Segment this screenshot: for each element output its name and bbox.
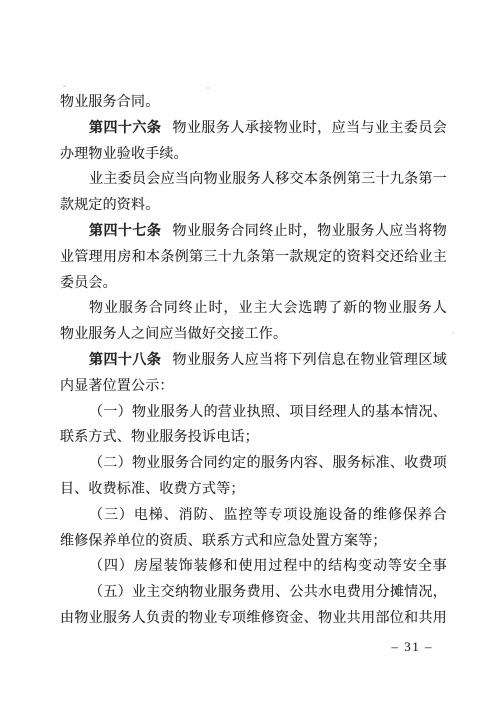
- text-line: （三）电梯、消防、监控等专项设施设备的维修保养合同、: [60, 503, 447, 529]
- line-text: 业管理用房和本条例第三十九条第一款规定的资料交还给业主: [60, 250, 447, 265]
- text-line: （一）物业服务人的营业执照、项目经理人的基本情况、: [60, 400, 447, 426]
- line-text: 由物业服务人负责的物业专项维修资金、物业共用部位和共用: [60, 611, 447, 626]
- line-text: 维修保养单位的资质、联系方式和应急处置方案等；: [60, 534, 387, 549]
- line-text: （三）电梯、消防、监控等专项设施设备的维修保养合同、: [89, 508, 447, 529]
- article-number: 第四十八条: [89, 353, 161, 368]
- text-line: 由物业服务人负责的物业专项维修资金、物业共用部位和共用: [60, 606, 447, 632]
- text-line: （四）房屋装饰装修和使用过程中的结构变动等安全事项；: [60, 554, 447, 580]
- line-text: 物业服务合同终止时，物业服务人应当将物: [173, 224, 448, 239]
- line-text: 物业服务人之间应当做好交接工作。: [60, 327, 287, 342]
- text-line: 物业服务人之间应当做好交接工作。: [60, 322, 447, 348]
- line-text: （一）物业服务人的营业执照、项目经理人的基本情况、: [89, 405, 447, 420]
- text-line: 目、收费标准、收费方式等；: [60, 477, 447, 503]
- text-line: 物业服务合同。: [60, 90, 447, 116]
- page-number: – 31 –: [392, 639, 434, 655]
- scan-speck: [63, 85, 66, 87]
- line-text: 款规定的资料。: [60, 198, 159, 213]
- text-line: 业主委员会应当向物业服务人移交本条例第三十九条第一: [60, 167, 447, 193]
- text-line: （二）物业服务合同约定的服务内容、服务标准、收费项: [60, 451, 447, 477]
- text-line: （五）业主交纳物业服务费用、公共水电费用分摊情况，: [60, 580, 447, 606]
- text-line: 维修保养单位的资质、联系方式和应急处置方案等；: [60, 529, 447, 555]
- line-text: 联系方式、物业服务投诉电话；: [60, 430, 259, 445]
- line-text: 委员会。: [60, 276, 117, 291]
- document-body: 物业服务合同。 第四十六条物业服务人承接物业时，应当与业主委员会 办理物业验收手…: [60, 90, 447, 632]
- scan-speck: [207, 87, 209, 89]
- line-text: 物业服务人应当将下列信息在物业管理区域: [173, 353, 448, 368]
- text-line: 款规定的资料。: [60, 193, 447, 219]
- text-line: 第四十七条物业服务合同终止时，物业服务人应当将物: [60, 219, 447, 245]
- line-text: 物业服务人承接物业时，应当与业主委员会: [173, 121, 448, 136]
- article-number: 第四十七条: [89, 224, 161, 239]
- text-line: 委员会。: [60, 271, 447, 297]
- line-text: 物业服务合同。: [60, 95, 159, 110]
- line-text: （四）房屋装饰装修和使用过程中的结构变动等安全事项；: [89, 559, 447, 580]
- article-number: 第四十六条: [89, 121, 161, 136]
- text-line: 物业服务合同终止时，业主大会选聘了新的物业服务人的，: [60, 296, 447, 322]
- text-line: 联系方式、物业服务投诉电话；: [60, 425, 447, 451]
- line-text: 办理物业验收手续。: [60, 147, 188, 162]
- text-line: 业管理用房和本条例第三十九条第一款规定的资料交还给业主: [60, 245, 447, 271]
- scan-speck: [452, 332, 454, 334]
- line-text: （五）业主交纳物业服务费用、公共水电费用分摊情况，: [89, 585, 447, 600]
- text-line: 办理物业验收手续。: [60, 142, 447, 168]
- line-text: 内显著位置公示：: [60, 379, 174, 394]
- line-text: （二）物业服务合同约定的服务内容、服务标准、收费项: [89, 456, 447, 471]
- text-line: 第四十六条物业服务人承接物业时，应当与业主委员会: [60, 116, 447, 142]
- line-text: 物业服务合同终止时，业主大会选聘了新的物业服务人的，: [89, 301, 447, 322]
- document-page: 物业服务合同。 第四十六条物业服务人承接物业时，应当与业主委员会 办理物业验收手…: [0, 0, 500, 707]
- text-line: 内显著位置公示：: [60, 374, 447, 400]
- line-text: 目、收费标准、收费方式等；: [60, 482, 245, 497]
- line-text: 业主委员会应当向物业服务人移交本条例第三十九条第一: [89, 172, 447, 187]
- text-line: 第四十八条物业服务人应当将下列信息在物业管理区域: [60, 348, 447, 374]
